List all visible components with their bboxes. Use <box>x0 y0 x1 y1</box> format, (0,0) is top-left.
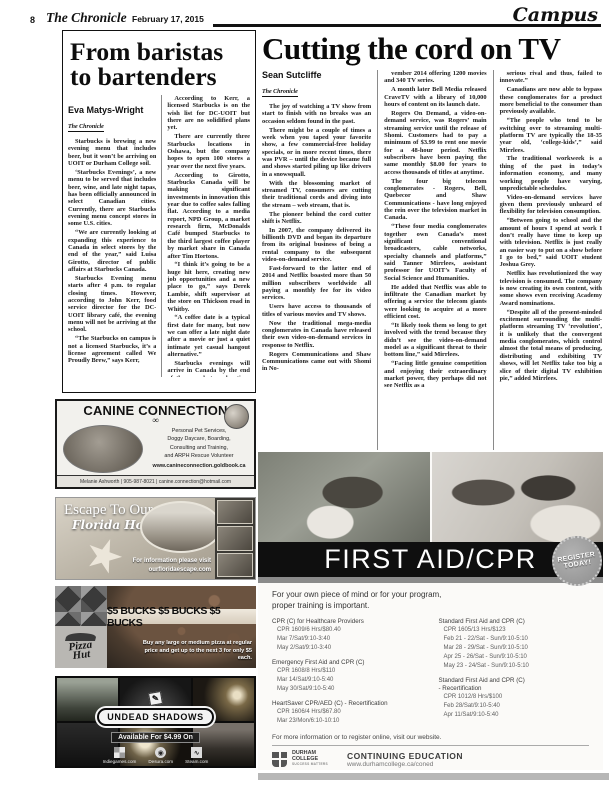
body-paragraph: A month later Bell Media released CraveT… <box>384 86 486 108</box>
course-listing: Standard First Aid and CPR (C) - Recerti… <box>439 677 590 720</box>
body-paragraph: There are currently three Starbucks loca… <box>167 133 250 170</box>
body-paragraph: ‘Starbucks Evenings’, a new menu to be s… <box>68 169 156 228</box>
indiegames-icon <box>114 747 125 758</box>
starfish-icon <box>81 533 127 579</box>
body-paragraph: He added that Netflix was able to infilt… <box>384 284 486 321</box>
body-paragraph: Video-on-demand services have given them… <box>500 194 602 216</box>
interior-photos <box>215 498 255 579</box>
body-paragraph: Now the traditional mega-media conglomer… <box>262 320 371 349</box>
service-line: and ARPH Rescue Volunteer <box>147 452 251 460</box>
body-paragraph: Rogers On Demand, a video-on-demand serv… <box>384 110 486 176</box>
masthead: The Chronicle <box>46 10 127 26</box>
ad-price: Available For $4.99 On <box>111 732 200 743</box>
article-cutting-the-cord: Cutting the cord on TV Sean Sutcliffe Th… <box>262 31 602 450</box>
course-subtitle: - Recertification <box>439 685 590 692</box>
ad-contact-info: Melanie Ashworth | 905-987-8021 | canine… <box>57 475 254 487</box>
article-baristas-to-bartenders: From baristasto bartenders Eva Matys-Wri… <box>62 30 256 393</box>
course-detail: CPR 1012/8 Hrs/$100 <box>439 693 590 702</box>
course-listing: Emergency First Aid and CPR (C) CPR 1608… <box>272 659 423 694</box>
course-detail: Mar 23/Mon/6:10-10:10 <box>272 717 423 726</box>
house-photo <box>140 501 222 553</box>
article-column: vember 2014 offering 1200 movies and 340… <box>377 70 486 450</box>
course-title: Emergency First Aid and CPR (C) <box>272 659 423 666</box>
ad-title: UNDEAD SHADOWS <box>97 708 213 726</box>
body-paragraph: Users have access to thousands of titles… <box>262 303 371 318</box>
course-detail: CPR 1606/4 Hrs/$67.80 <box>272 708 423 717</box>
body-paragraph: According to Kerr, a licensed Starbucks … <box>167 95 250 132</box>
intro-line: For your own piece of mind or for your p… <box>272 590 589 601</box>
body-paragraph: In 2007, the company delivered its billi… <box>262 227 371 264</box>
body-paragraph: The four big telecom conglomerates - Rog… <box>384 178 486 222</box>
body-paragraph: vember 2014 offering 1200 movies and 340… <box>384 70 486 85</box>
body-paragraph: The joy of watching a TV show from start… <box>262 103 371 125</box>
byline-author: Sean Sutcliffe <box>262 70 371 80</box>
ad-website: www.canineconnection.goldbook.ca <box>147 462 251 470</box>
page-number: 8 <box>30 15 35 25</box>
article-column: Eva Matys-Wright The Chronicle Starbucks… <box>68 95 156 377</box>
ad-intro-text: For your own piece of mind or for your p… <box>272 590 589 612</box>
game-logo-icon: ✎ <box>148 691 163 706</box>
ad-shadow <box>258 773 609 780</box>
course-detail: Mar 14/Sat/9:10-5:40 <box>272 676 423 685</box>
body-paragraph: According to Girotto, Starbucks Canada w… <box>167 172 250 260</box>
ad-title: Escape To Our <box>64 502 153 519</box>
body-paragraph: “It likely took them so long to get invo… <box>384 322 486 359</box>
header-rule <box>213 24 601 27</box>
course-detail: Apr 11/Sat/9:10-5:40 <box>439 711 590 720</box>
course-detail: Mar 28 - 29/Sat - Sun/9:10-5:10 <box>439 644 590 653</box>
body-paragraph: “We are currently looking at expanding t… <box>68 229 156 273</box>
article-column: Sean Sutcliffe The Chronicle The joy of … <box>262 70 371 450</box>
cpr-mannequin-photo <box>258 452 430 542</box>
dog-photo <box>224 404 249 429</box>
article-column: According to Kerr, a licensed Starbucks … <box>161 95 250 377</box>
ad-first-aid-cpr: FIRST AID/CPR For your own piece of mind… <box>258 452 603 770</box>
body-paragraph: Fast-forward to the latter end of 2014 a… <box>262 265 371 302</box>
ad-website-info: For information please visit ourfloridae… <box>133 557 211 575</box>
ad-canine-connection: CANINE CONNECTION ∞ Personal Pet Service… <box>55 399 256 489</box>
info-line: For information please visit <box>133 557 211 566</box>
body-paragraph: “These four media conglomerates together… <box>384 223 486 282</box>
body-paragraph: Starbucks Evening menu starts after 4 p.… <box>68 275 156 334</box>
pizza-hut-logo: Pizza Hut <box>55 626 107 668</box>
course-detail: Mar 7/Sat/9:10-3:40 <box>272 635 423 644</box>
course-title: Standard First Aid and CPR (C) <box>439 618 590 625</box>
byline-organization: The Chronicle <box>68 124 104 132</box>
body-paragraph: serious rival and thus, failed to innova… <box>500 70 602 85</box>
body-paragraph: “Between going to school and the amount … <box>500 217 602 269</box>
ad-florida-home: Escape To Our Florida Home For informati… <box>55 497 256 580</box>
course-detail: CPR 1609/6 Hrs/$80.40 <box>272 626 423 635</box>
course-title: HeartSaver CPR/AED (C) - Recertification <box>272 700 423 707</box>
ad-website: ourfloridaescape.com <box>133 566 211 575</box>
course-detail: Apr 25 - 26/Sat - Sun/9:10-5:10 <box>439 653 590 662</box>
diamond-pattern <box>55 586 107 626</box>
course-title: CPR (C) for Healthcare Providers <box>272 618 423 625</box>
course-detail: May 30/Sat/9:10-5:40 <box>272 685 423 694</box>
body-paragraph: The traditional workweek is a thing of t… <box>500 155 602 192</box>
body-paragraph: There might be a couple of times a week … <box>262 127 371 179</box>
service-line: Consulting and Training, <box>147 444 251 452</box>
ad-undead-shadows: ✎ UNDEAD SHADOWS Available For $4.99 On … <box>55 676 256 768</box>
ad-website: www.durhamcollege.ca/coned <box>347 761 463 768</box>
durham-college-logo <box>272 752 287 767</box>
course-detail: CPR 1608/8 Hrs/$110 <box>272 667 423 676</box>
course-detail: May 23 - 24/Sat - Sun/9:10-5:10 <box>439 662 590 671</box>
service-line: Doggy Daycare, Boarding, <box>147 435 251 443</box>
continuing-education-title: CONTINUING EDUCATION <box>347 751 463 761</box>
body-paragraph: “Despite all of the present-minded excit… <box>500 309 602 383</box>
article-column: serious rival and thus, failed to innova… <box>493 70 602 450</box>
ad-offer-banner: $5 BUCKS $5 BUCKS $5 BUCKS <box>107 609 256 624</box>
dogs-group-photo <box>63 425 143 473</box>
body-paragraph: With the blossoming market of streamed T… <box>262 180 371 209</box>
interior-photo <box>217 500 253 524</box>
ad-services-text: Personal Pet Services, Doggy Daycare, Bo… <box>143 425 254 473</box>
section-title: Campus <box>513 4 598 26</box>
body-paragraph: Netflix has revolutionized the way telev… <box>500 270 602 307</box>
pizza-photo: $5 BUCKS $5 BUCKS $5 BUCKS Buy any large… <box>107 586 256 668</box>
ad-footer-note: For more information or to register onli… <box>272 734 589 746</box>
byline-organization: The Chronicle <box>262 89 298 97</box>
ad-offer-details: Buy any large or medium pizza at regular… <box>135 640 252 663</box>
body-paragraph: Starbucks is brewing a new evening menu … <box>68 138 156 167</box>
course-listing: CPR (C) for Healthcare Providers CPR 160… <box>272 618 423 653</box>
logo-tagline: SUCCESS MATTERS <box>292 763 328 767</box>
interior-photo <box>217 526 253 550</box>
intro-line: proper training is important. <box>272 601 589 612</box>
body-paragraph: “Facing little genuine competition and e… <box>384 360 486 389</box>
course-listing: HeartSaver CPR/AED (C) - Recertification… <box>272 700 423 726</box>
body-paragraph: “A coffee date is a typical first date f… <box>167 314 250 358</box>
desura-icon: ◉ <box>155 747 166 758</box>
platform-label: Steam.com <box>185 759 208 764</box>
platform-label: Indiegames.com <box>103 759 137 764</box>
course-listing: Standard First Aid and CPR (C) CPR 1605/… <box>439 618 590 671</box>
course-title: Standard First Aid and CPR (C) <box>439 677 590 684</box>
byline-author: Eva Matys-Wright <box>68 105 156 115</box>
body-paragraph: “I think it’s going to be a huge hit her… <box>167 261 250 313</box>
article-headline: Cutting the cord on TV <box>262 31 602 67</box>
body-paragraph: The pioneer behind the cord cutter shift… <box>262 211 371 226</box>
course-detail: Feb 28/Sat/9:10-5:40 <box>439 702 590 711</box>
course-detail: May 2/Sat/9:10-3:40 <box>272 644 423 653</box>
issue-date: February 17, 2015 <box>132 14 204 24</box>
logo-text: Pizza Hut <box>68 641 94 662</box>
body-paragraph: Canadians are now able to bypass these c… <box>500 86 602 115</box>
body-paragraph: Starbucks evenings will arrive in Canada… <box>167 360 250 377</box>
body-paragraph: “The Starbucks on campus is not a licens… <box>68 335 156 364</box>
body-paragraph: “The people who tend to be switching ove… <box>500 117 602 154</box>
first-aid-kit-photo <box>432 452 604 542</box>
article-headline: From baristasto bartenders <box>70 39 250 89</box>
steam-icon: ∿ <box>191 747 202 758</box>
ad-pizza-hut: Pizza Hut $5 BUCKS $5 BUCKS $5 BUCKS Buy… <box>55 586 256 668</box>
course-detail: Feb 21 - 22/Sat - Sun/9:10-5:10 <box>439 635 590 644</box>
durham-college-wordmark: DURHAM COLLEGE SUCCESS MATTERS <box>292 751 328 766</box>
course-detail: CPR 1605/13 Hrs/$123 <box>439 626 590 635</box>
interior-photo <box>217 553 253 577</box>
platform-label: Desura.com <box>148 759 173 764</box>
body-paragraph: Rogers Communications and Shaw Communica… <box>262 351 371 373</box>
